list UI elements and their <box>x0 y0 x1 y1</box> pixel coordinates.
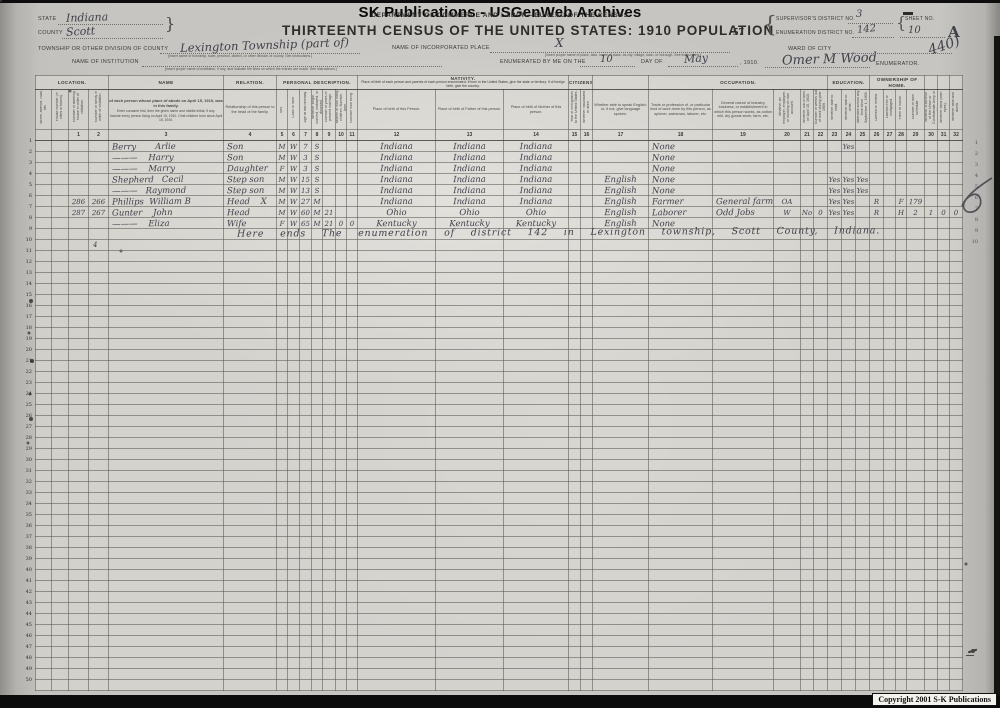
column-group-header: EDUCATION. <box>828 76 870 90</box>
cell-farm_house <box>896 383 907 394</box>
cell-industry <box>713 317 774 328</box>
cell-pob <box>358 262 436 273</box>
cell-farm_sched <box>907 515 925 526</box>
cell-farm_house <box>896 526 907 537</box>
cell-blind <box>938 647 950 658</box>
cell-name <box>109 405 224 416</box>
cell-house <box>52 383 69 394</box>
cell-survivor <box>925 152 938 163</box>
cell-read <box>828 372 842 383</box>
cell-house <box>52 625 69 636</box>
cell-industry <box>713 614 774 625</box>
cell-ch_living <box>347 383 358 394</box>
cell-pob <box>358 493 436 504</box>
cell-ch_living <box>347 416 358 427</box>
cell-imm_year <box>569 658 581 669</box>
cell-dwelling <box>69 262 89 273</box>
cell-ch_born <box>336 328 347 339</box>
column-desc-text: Attended school any time since September… <box>857 90 869 124</box>
handwritten-entry: W <box>774 209 800 217</box>
cell-employer <box>774 603 801 614</box>
cell-imm_year <box>569 647 581 658</box>
handwritten-entry: Yes <box>856 187 869 195</box>
cell-family <box>89 163 109 174</box>
cell-industry <box>713 405 774 416</box>
cell-farm_house <box>896 317 907 328</box>
cell-employer <box>774 284 801 295</box>
cell-free_mort <box>884 603 896 614</box>
cell-pob_mother <box>504 405 569 416</box>
cell-industry <box>713 460 774 471</box>
cell-out_of_work <box>801 493 814 504</box>
handwritten-entry: Son <box>227 143 276 152</box>
cell-own_rent <box>870 504 884 515</box>
cell-write <box>842 515 856 526</box>
cell-house <box>52 185 69 196</box>
column-number: 20 <box>774 130 801 141</box>
cell-street <box>36 614 52 625</box>
cell-age <box>300 328 312 339</box>
right-margin-line-number: 10 <box>966 239 978 245</box>
cell-naturalized <box>581 328 593 339</box>
cell-trade <box>649 625 713 636</box>
cell-pob_mother <box>504 493 569 504</box>
cell-out_of_work <box>801 174 814 185</box>
cell-marital: S <box>312 163 323 174</box>
cell-free_mort <box>884 460 896 471</box>
cell-name <box>109 515 224 526</box>
cell-imm_year <box>569 207 581 218</box>
cell-pob_mother <box>504 482 569 493</box>
cell-imm_year <box>569 240 581 251</box>
cell-survivor <box>925 383 938 394</box>
cell-farm_sched <box>907 471 925 482</box>
cell-employer <box>774 515 801 526</box>
month-value: May <box>684 51 709 66</box>
cell-write <box>842 317 856 328</box>
cell-dwelling <box>69 361 89 372</box>
cell-school <box>856 295 870 306</box>
cell-age <box>300 262 312 273</box>
cell-pob_mother <box>504 471 569 482</box>
cell-trade: None <box>649 174 713 185</box>
handwritten-entry: Indiana <box>436 198 503 207</box>
cell-ch_born <box>336 163 347 174</box>
cell-relation <box>224 339 277 350</box>
left-margin-line-number: 36 <box>20 523 32 529</box>
cell-house <box>52 218 69 229</box>
cell-ch_born <box>336 240 347 251</box>
cell-blind <box>938 152 950 163</box>
cell-ch_born <box>336 559 347 570</box>
cell-trade <box>649 427 713 438</box>
column-number: 1 <box>69 130 89 141</box>
cell-ch_living <box>347 152 358 163</box>
column-number: 31 <box>938 130 950 141</box>
cell-relation <box>224 680 277 691</box>
cell-dwelling <box>69 526 89 537</box>
cell-house <box>52 174 69 185</box>
cell-out_of_work <box>801 163 814 174</box>
cell-ch_born <box>336 251 347 262</box>
cell-own_rent <box>870 339 884 350</box>
cell-read <box>828 493 842 504</box>
cell-farm_sched <box>907 636 925 647</box>
cell-own_rent <box>870 152 884 163</box>
column-group-header: RELATION. <box>224 76 277 90</box>
cell-employer <box>774 636 801 647</box>
cell-family <box>89 559 109 570</box>
cell-employer <box>774 493 801 504</box>
left-margin-line-number: 1 <box>20 138 32 144</box>
cell-dwelling <box>69 174 89 185</box>
cell-pob <box>358 405 436 416</box>
cell-family <box>89 240 109 251</box>
district-brace: { <box>763 13 777 38</box>
cell-survivor <box>925 416 938 427</box>
cell-sex: M <box>277 185 288 196</box>
cell-trade: Farmer <box>649 196 713 207</box>
cell-industry: Odd Jobs <box>713 207 774 218</box>
cell-yrs_married <box>323 482 336 493</box>
cell-write: Yes <box>842 141 856 152</box>
cell-dwelling <box>69 372 89 383</box>
cell-school <box>856 251 870 262</box>
cell-house <box>52 680 69 691</box>
census-row <box>36 350 963 361</box>
cell-english <box>593 460 649 471</box>
cell-own_rent <box>870 680 884 691</box>
cell-sex <box>277 372 288 383</box>
left-margin-line-number: 10 <box>20 237 32 243</box>
cell-marital <box>312 427 323 438</box>
cell-street <box>36 592 52 603</box>
cell-family <box>89 394 109 405</box>
cell-own_rent <box>870 240 884 251</box>
cell-street <box>36 570 52 581</box>
cell-family <box>89 526 109 537</box>
cell-pob <box>358 592 436 603</box>
cell-color <box>288 416 300 427</box>
cell-pob <box>358 669 436 680</box>
cell-yrs_married <box>323 636 336 647</box>
enumerator-label: ENUMERATOR. <box>876 61 919 67</box>
enumerated-day-line <box>580 65 635 67</box>
cell-deaf <box>950 526 963 537</box>
cell-naturalized <box>581 284 593 295</box>
cell-english: English <box>593 174 649 185</box>
cell-name <box>109 482 224 493</box>
cell-farm_house <box>896 482 907 493</box>
cell-pob_mother: Indiana <box>504 185 569 196</box>
column-number: 8 <box>312 130 323 141</box>
cell-english <box>593 559 649 570</box>
handwritten-entry: Indiana <box>436 154 503 163</box>
cell-ch_born <box>336 152 347 163</box>
cell-industry: General farm <box>713 196 774 207</box>
handwritten-entry: Indiana <box>504 176 568 185</box>
cell-trade <box>649 262 713 273</box>
column-desc-text: Relationship of this person to the head … <box>224 105 276 114</box>
cell-employer <box>774 581 801 592</box>
cell-school <box>856 636 870 647</box>
left-margin-line-number: 3 <box>20 160 32 166</box>
state-county-brace: } <box>165 14 175 33</box>
cell-deaf <box>950 306 963 317</box>
cell-industry <box>713 174 774 185</box>
column-number: 32 <box>950 130 963 141</box>
cell-pob <box>358 570 436 581</box>
cell-free_mort <box>884 229 896 240</box>
cell-ch_born <box>336 361 347 372</box>
cell-employer <box>774 416 801 427</box>
cell-trade <box>649 295 713 306</box>
cell-imm_year <box>569 185 581 196</box>
cell-school <box>856 196 870 207</box>
cell-imm_year <box>569 284 581 295</box>
cell-yrs_married <box>323 537 336 548</box>
cell-weeks_out <box>814 603 828 614</box>
cell-write <box>842 658 856 669</box>
cell-naturalized <box>581 174 593 185</box>
cell-own_rent <box>870 383 884 394</box>
cell-yrs_married <box>323 350 336 361</box>
census-form-grid: LOCATION.NAMERELATION.PERSONAL DESCRIPTI… <box>35 75 963 691</box>
column-desc-text: Whether deaf and dumb. <box>952 90 960 124</box>
cell-color <box>288 614 300 625</box>
cell-industry <box>713 273 774 284</box>
cell-farm_sched <box>907 438 925 449</box>
cell-ch_living <box>347 438 358 449</box>
cell-house <box>52 372 69 383</box>
cell-pob_mother <box>504 625 569 636</box>
cell-family: 266 <box>89 196 109 207</box>
cell-industry <box>713 548 774 559</box>
cell-yrs_married <box>323 185 336 196</box>
cell-pob <box>358 471 436 482</box>
cell-marital: S <box>312 174 323 185</box>
census-row: Berry ArlieSonMW7SIndianaIndianaIndianaN… <box>36 141 963 152</box>
cell-marital <box>312 581 323 592</box>
cell-out_of_work <box>801 537 814 548</box>
column-group-header: PERSONAL DESCRIPTION. <box>277 76 358 90</box>
cell-naturalized <box>581 207 593 218</box>
cell-blind <box>938 174 950 185</box>
cell-pob_mother <box>504 284 569 295</box>
cell-trade <box>649 416 713 427</box>
cell-employer <box>774 372 801 383</box>
cell-free_mort <box>884 163 896 174</box>
cell-imm_year <box>569 350 581 361</box>
cell-imm_year <box>569 471 581 482</box>
cell-industry <box>713 625 774 636</box>
cell-pob <box>358 361 436 372</box>
cell-survivor <box>925 570 938 581</box>
cell-deaf <box>950 471 963 482</box>
census-row: 287267Gunter JohnHeadMW60M21OhioOhioOhio… <box>36 207 963 218</box>
cell-dwelling <box>69 284 89 295</box>
cell-pob_mother <box>504 416 569 427</box>
census-row <box>36 614 963 625</box>
handwritten-entry: Yes <box>842 187 855 195</box>
cell-industry <box>713 262 774 273</box>
cell-school <box>856 427 870 438</box>
cell-out_of_work <box>801 482 814 493</box>
handwritten-entry: Indiana <box>358 198 435 207</box>
cell-school <box>856 603 870 614</box>
cell-pob_mother <box>504 570 569 581</box>
cell-imm_year <box>569 317 581 328</box>
cell-house <box>52 603 69 614</box>
cell-ch_born <box>336 581 347 592</box>
cell-name <box>109 416 224 427</box>
cell-pob <box>358 427 436 438</box>
cell-imm_year <box>569 680 581 691</box>
cell-english <box>593 240 649 251</box>
cell-free_mort <box>884 427 896 438</box>
left-margin-line-number: 45 <box>20 622 32 628</box>
cell-out_of_work <box>801 141 814 152</box>
cell-pob <box>358 526 436 537</box>
cell-own_rent <box>870 306 884 317</box>
cell-read <box>828 394 842 405</box>
cell-weeks_out <box>814 185 828 196</box>
cell-english <box>593 141 649 152</box>
cell-survivor <box>925 680 938 691</box>
cell-school <box>856 493 870 504</box>
column-group-header: LOCATION. <box>36 76 109 90</box>
cell-family <box>89 361 109 372</box>
day-of-label: DAY OF <box>641 59 663 65</box>
enumerated-day: 10 <box>600 54 613 65</box>
cell-blind <box>938 427 950 438</box>
column-desc-color: Color or race. <box>288 90 300 130</box>
cell-farm_sched <box>907 625 925 636</box>
cell-ch_born <box>336 438 347 449</box>
cell-farm_house <box>896 339 907 350</box>
cell-employer: W <box>774 207 801 218</box>
cell-sex <box>277 262 288 273</box>
cell-relation <box>224 416 277 427</box>
cell-out_of_work <box>801 548 814 559</box>
cell-pob_mother <box>504 515 569 526</box>
cell-blind <box>938 449 950 460</box>
census-row <box>36 680 963 691</box>
column-number: 9 <box>323 130 336 141</box>
cell-trade <box>649 526 713 537</box>
cell-color: W <box>288 174 300 185</box>
cell-naturalized <box>581 416 593 427</box>
cell-free_mort <box>884 449 896 460</box>
cell-name <box>109 328 224 339</box>
cell-ch_living <box>347 636 358 647</box>
cell-write <box>842 240 856 251</box>
cell-trade <box>649 317 713 328</box>
cell-pob <box>358 295 436 306</box>
census-row <box>36 394 963 405</box>
cell-school <box>856 262 870 273</box>
cell-dwelling <box>69 229 89 240</box>
cell-marital <box>312 471 323 482</box>
cell-own_rent: R <box>870 196 884 207</box>
cell-out_of_work <box>801 570 814 581</box>
cell-blind <box>938 405 950 416</box>
cell-deaf <box>950 394 963 405</box>
cell-name: ——— Marry <box>109 163 224 174</box>
cell-weeks_out <box>814 449 828 460</box>
cell-yrs_married <box>323 614 336 625</box>
cell-write <box>842 372 856 383</box>
cell-survivor <box>925 262 938 273</box>
cell-industry <box>713 504 774 515</box>
cell-pob_father <box>436 482 504 493</box>
handwritten-entry: ——— Raymond <box>112 187 223 196</box>
cell-read <box>828 361 842 372</box>
cell-own_rent <box>870 405 884 416</box>
cell-age <box>300 669 312 680</box>
cell-sex <box>277 438 288 449</box>
cell-dwelling <box>69 350 89 361</box>
cell-write <box>842 295 856 306</box>
cell-dwelling <box>69 603 89 614</box>
cell-farm_house <box>896 295 907 306</box>
left-margin-line-number: 9 <box>20 226 32 232</box>
cell-write <box>842 471 856 482</box>
cell-out_of_work: No <box>801 207 814 218</box>
cell-ch_born <box>336 614 347 625</box>
cell-read <box>828 163 842 174</box>
cell-ch_living <box>347 581 358 592</box>
cell-employer <box>774 328 801 339</box>
cell-pob <box>358 515 436 526</box>
cell-farm_house <box>896 152 907 163</box>
handwritten-entry: 7 <box>300 143 311 151</box>
cell-marital: S <box>312 141 323 152</box>
cell-yrs_married <box>323 152 336 163</box>
cell-naturalized <box>581 526 593 537</box>
cell-pob_father <box>436 383 504 394</box>
cell-survivor <box>925 361 938 372</box>
cell-ch_born <box>336 416 347 427</box>
census-row <box>36 493 963 504</box>
cell-read <box>828 537 842 548</box>
cell-trade <box>649 251 713 262</box>
county-label: COUNTY <box>38 30 63 36</box>
cell-english <box>593 438 649 449</box>
cell-sex <box>277 405 288 416</box>
cell-farm_house <box>896 449 907 460</box>
cell-industry <box>713 284 774 295</box>
sheet-line <box>900 36 945 38</box>
cell-marital <box>312 240 323 251</box>
page-stamp: 57 <box>733 26 744 38</box>
cell-family <box>89 680 109 691</box>
cell-naturalized <box>581 592 593 603</box>
cell-survivor <box>925 559 938 570</box>
cell-english <box>593 350 649 361</box>
cell-age <box>300 251 312 262</box>
cell-street <box>36 515 52 526</box>
column-desc-text: Whether naturalized or alien. <box>583 90 591 124</box>
cell-family: 267 <box>89 207 109 218</box>
cell-house <box>52 636 69 647</box>
cell-relation <box>224 383 277 394</box>
cell-weeks_out <box>814 460 828 471</box>
cell-dwelling <box>69 394 89 405</box>
sheet-value: 10 <box>908 25 921 36</box>
cell-write <box>842 350 856 361</box>
cell-relation <box>224 658 277 669</box>
